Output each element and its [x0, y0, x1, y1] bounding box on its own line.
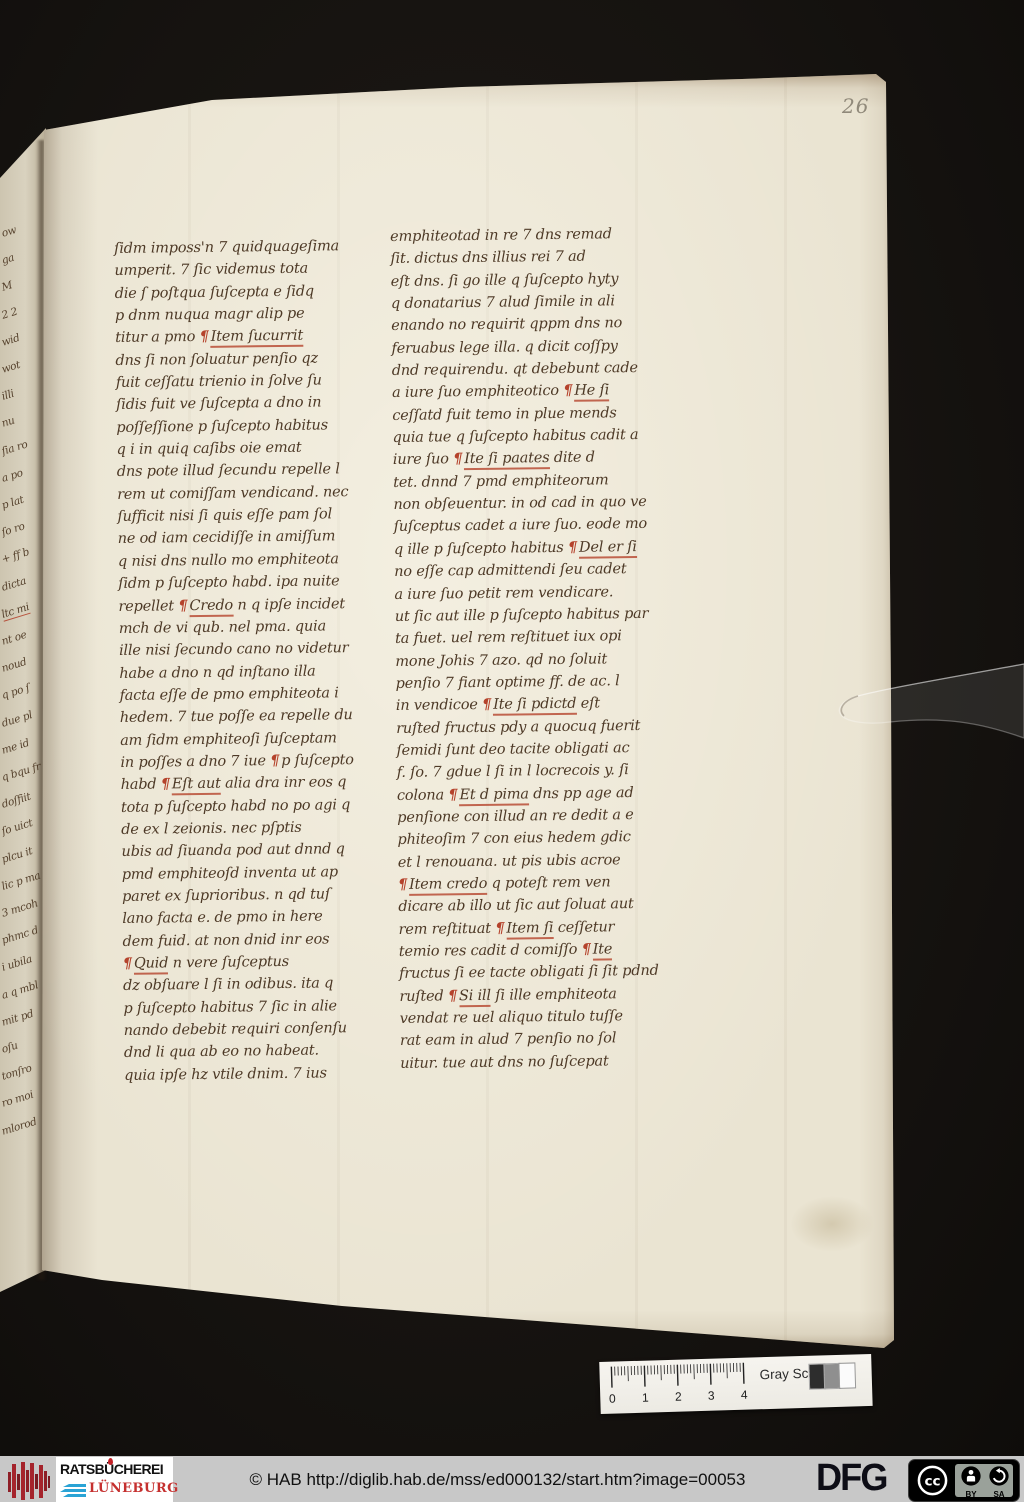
line-text: ſidis fuit ve ſuſcepta a dno in: [116, 395, 321, 414]
manuscript-line: ſit. dictus dns illius rei 7 ad: [390, 245, 662, 271]
margin-fragment: ſo uict: [0, 817, 34, 838]
line-text: ſuſceptus cadet a iure ſuo. eode mo: [394, 516, 648, 535]
margin-fragment: noud: [0, 656, 28, 675]
manuscript-line: habe a dno n qd inſtano illa: [119, 660, 351, 685]
manuscript-page: 26 ſidm imposs'n 7 quidquageſimaumperit.…: [42, 74, 895, 1348]
manuscript-line: q ille p ſuſcepto habitus ¶Del er ſi: [394, 535, 666, 561]
margin-fragment: mit pd: [0, 1008, 35, 1029]
page-clip-icon: [828, 652, 1024, 762]
line-text: Ite ſi pdictd: [493, 696, 576, 716]
margin-fragment: q po ſ: [0, 682, 31, 702]
by-label: BY: [958, 1490, 984, 1499]
line-text: dnd requirendu. qt debebunt cade: [392, 360, 638, 379]
line-text: ille nisi ſecundo cano no videtur: [119, 640, 349, 659]
line-text: n q ipſe incidet: [233, 596, 345, 613]
manuscript-line: penſione con illud an re dedit a e: [397, 804, 669, 830]
manuscript-line: p ſuſcepto habitus 7 ſic in alie: [123, 995, 355, 1020]
manuscript-line: am ſidm emphiteoſi ſuſceptam: [120, 727, 352, 752]
line-text: p ſuſcepto: [281, 752, 354, 769]
manuscript-line: rem reſtituat ¶Item ſi ceſſetur: [398, 915, 670, 941]
line-text: rem reſtituat: [398, 920, 495, 937]
line-text: quia tue q ſuſcepto habitus cadit a: [392, 427, 638, 446]
margin-fragment: doſfiit: [0, 791, 32, 811]
manuscript-line: ille nisi ſecundo cano no videtur: [119, 637, 351, 662]
manuscript-line: poſſeſſione p ſuſcepto habitus: [116, 414, 348, 439]
logo-red-drop-icon: [108, 1458, 113, 1465]
line-text: tet. dnnd 7 pmd emphiteorum: [393, 472, 609, 491]
line-text: penſione con illud an re dedit a e: [397, 807, 634, 826]
manuscript-line: titur a pmo ¶Item ſucurrit: [115, 325, 347, 350]
manuscript-line: dem fuid. at non dnid inr eos: [122, 928, 354, 953]
line-text: ubis ad ſiuanda pod aut dnnd q: [121, 842, 344, 861]
line-text: die ſ poſtqua ſuſcepta e ſidq: [115, 283, 314, 301]
margin-fragment: M: [0, 280, 14, 295]
margin-fragment: me id: [0, 737, 30, 757]
manuscript-line: uitur. tue aut dns no ſuſcepat: [400, 1049, 672, 1075]
line-text: Ite ſi paates: [464, 451, 549, 471]
manuscript-line: penſio 7 fiant optime ff. de ac. l: [395, 670, 667, 696]
line-text: habe a dno n qd inſtano illa: [119, 663, 315, 681]
manuscript-line: iure ſuo ¶Ite ſi paates dite d: [393, 446, 665, 472]
library-logo: RATSBÜCHEREI LÜNEBURG: [56, 1457, 173, 1502]
line-text: f. ſo. 7 gdue l ſi in l locrecois y. ſi: [397, 762, 629, 781]
line-text: ut ſic aut ille p ſuſcepto habitus par: [395, 606, 649, 625]
line-text: pmd emphiteoſd inventa ut ap: [122, 864, 338, 883]
margin-fragment: mlorod: [0, 1115, 38, 1137]
gray-patch-mid: [824, 1364, 840, 1388]
line-text: ſemidi ſunt deo tacite obligati ac: [396, 740, 629, 759]
line-text: q donatarius 7 alud ſimile in ali: [391, 293, 615, 312]
manuscript-line: mch de vi qub. nel pma. quia: [119, 615, 351, 640]
line-text: enando no requirit qppm dns no: [391, 316, 622, 335]
margin-fragment: i ubila: [0, 954, 33, 975]
cc-icon: cc: [916, 1464, 949, 1497]
margin-fragment: ſo ro: [0, 521, 26, 539]
manuscript-line: q donatarius 7 alud ſimile in ali: [391, 290, 663, 316]
line-text: Item credo: [409, 876, 487, 896]
line-text: ſidm imposs'n 7 quidquageſima: [114, 238, 339, 257]
sa-item: SA: [986, 1465, 1012, 1499]
margin-fragment: ltc mi: [0, 601, 31, 622]
margin-fragment: ow: [0, 224, 18, 240]
margin-fragment: a q mbl: [0, 979, 39, 1001]
line-text: eſt dns. ſi go ille q ſuſcepto hyty: [391, 271, 619, 290]
margin-fragment: p lat: [0, 494, 25, 512]
manuscript-line: a iure ſuo petit rem vendicare.: [394, 580, 666, 606]
manuscript-line: quia ipſe hz vtile dnim. 7 ius: [124, 1062, 356, 1087]
line-text: Del er ſi: [579, 539, 637, 559]
line-text: hedem. 7 tue poſſe ea repelle du: [120, 707, 353, 726]
manuscript-line: colona ¶Et d pima dns pp age ad: [397, 781, 669, 807]
margin-fragment: wid: [0, 332, 21, 349]
rubric-pilcrow: ¶: [453, 451, 464, 468]
manuscript-line: ſidis fuit ve ſuſcepta a dno in: [116, 392, 348, 417]
line-text: in vendicoe: [396, 697, 482, 714]
line-text: feruabus lege illa. q dicit coſſpy: [391, 338, 617, 357]
manuscript-line: hedem. 7 tue poſſe ea repelle du: [120, 704, 352, 729]
ruler-ticks: [599, 1357, 756, 1414]
line-text: fuit ceſſatu trienio in ſolve ſu: [116, 373, 322, 392]
line-text: dicare ab illo ut ſic aut ſoluat aut: [398, 896, 633, 915]
manuscript-line: nando debebit requiri conſenſu: [124, 1017, 356, 1042]
manuscript-line: ceſſatd fuit temo in plue mends: [392, 401, 664, 427]
cc-license-badge: cc BY SA: [908, 1459, 1020, 1502]
line-text: q ille p ſuſcepto habitus: [394, 540, 568, 558]
manuscript-line: dns ſi non ſoluatur penſio qz: [115, 347, 347, 372]
line-text: ta fuet. uel rem reſtituet iux opi: [395, 628, 622, 647]
line-text: umperit. 7 ſic videmus tota: [114, 261, 308, 279]
line-text: dite d: [549, 450, 595, 467]
line-text: poſſeſſione p ſuſcepto habitus: [116, 417, 328, 436]
line-text: Quid: [134, 955, 169, 974]
line-text: Eſt aut: [172, 776, 221, 796]
grayscale-ruler: 01234 Gray Scale: [599, 1354, 872, 1414]
manuscript-line: rat eam in alud 7 penſio no ſol: [400, 1027, 672, 1053]
margin-fragment: ſia ro: [0, 438, 29, 457]
library-city: LÜNEBURG: [89, 1481, 179, 1496]
margin-fragment: dicta: [0, 575, 27, 594]
margin-fragment: a po: [0, 467, 24, 485]
line-text: habd: [121, 777, 161, 793]
line-text: mone Johis 7 azo. qd no ſoluit: [395, 651, 607, 670]
line-text: q nisi dns nullo mo emphiteota: [118, 551, 339, 570]
rubric-pilcrow: ¶: [482, 696, 493, 713]
line-text: ruſted fructus pdy a quocuq fuerit: [396, 718, 640, 737]
line-text: fructus ſi ee tacte obligati ſi ſit pdnd: [399, 963, 659, 982]
manuscript-line: tet. dnnd 7 pmd emphiteorum: [393, 468, 665, 494]
line-text: Item ſi: [506, 920, 553, 940]
margin-fragment: phmc d: [0, 924, 39, 946]
line-text: emphiteotad in re 7 dns remad: [390, 226, 612, 245]
line-text: lano facta e. de pmo in here: [122, 909, 322, 927]
line-text: p ſuſcepto habitus 7 ſic in alie: [123, 998, 337, 1017]
manuscript-line: in poſſes a dno 7 iue ¶p ſuſcepto: [120, 749, 352, 774]
footer-bar: RATSBÜCHEREI LÜNEBURG © HAB http://digli…: [0, 1456, 1024, 1502]
manuscript-line: mone Johis 7 azo. qd no ſoluit: [395, 647, 667, 673]
line-text: n vere ſuſceptus: [168, 954, 289, 971]
margin-fragment: ga: [0, 252, 15, 267]
line-text: Item ſucurrit: [211, 328, 304, 348]
line-text: ne od iam cecidiſſe in amiſſum: [118, 529, 336, 548]
manuscript-line: facta eſſe de pmo emphiteota i: [119, 682, 351, 707]
line-text: in poſſes a dno 7 iue: [120, 753, 270, 771]
manuscript-line: die ſ poſtqua ſuſcepta e ſidq: [115, 280, 347, 305]
line-text: dnd li qua ab eo no habeat.: [124, 1043, 319, 1061]
line-text: dns ſi non ſoluatur penſio qz: [115, 350, 318, 368]
left-column: ſidm imposs'n 7 quidquageſimaumperit. 7 …: [114, 235, 356, 1087]
line-text: ſufficit nisi ſi quis eſſe pam ſol: [117, 506, 332, 525]
manuscript-line: umperit. 7 ſic videmus tota: [114, 258, 346, 283]
manuscript-line: dnd li qua ab eo no habeat.: [124, 1039, 356, 1064]
manuscript-line: dicare ab illo ut ſic aut ſoluat aut: [398, 893, 670, 919]
line-text: He ſi: [574, 383, 609, 402]
rubric-pilcrow: ¶: [270, 752, 281, 769]
line-text: alia dra inr eos q: [221, 774, 347, 792]
rubric-pilcrow: ¶: [123, 955, 134, 972]
line-text: vendat re uel aliquo titulo tuſſe: [400, 1008, 623, 1027]
margin-fragment: oſu: [0, 1040, 19, 1056]
manuscript-line: f. ſo. 7 gdue l ſi in l locrecois y. ſi: [397, 759, 669, 785]
line-text: ſi ille emphiteota: [491, 986, 617, 1004]
manuscript-line: et l renouana. ut pis ubis acroe: [398, 848, 670, 874]
manuscript-line: ¶Quid n vere ſuſceptus: [123, 950, 355, 975]
line-text: a iure ſuo emphiteotico: [392, 383, 563, 401]
line-text: iure ſuo: [393, 452, 454, 469]
margin-fragment: wot: [0, 359, 21, 376]
margin-fragment: plcu it: [0, 845, 34, 866]
line-text: titur a pmo: [115, 329, 200, 346]
page-number: 26: [842, 94, 869, 118]
manuscript-line: feruabus lege illa. q dicit coſſpy: [391, 334, 663, 360]
line-text: Si ill: [459, 988, 491, 1007]
manuscript-line: rem ut comiſſam vendicand. nec: [117, 481, 349, 506]
manuscript-line: a iure ſuo emphiteotico ¶He ſi: [392, 379, 664, 405]
manuscript-line: ut ſic aut ille p ſuſcepto habitus par: [395, 602, 667, 628]
rubric-pilcrow: ¶: [161, 776, 172, 793]
manuscript-line: phiteoſim 7 con eius hedem gdic: [397, 826, 669, 852]
line-text: tota p ſuſcepto habd no po agi q: [121, 797, 350, 816]
manuscript-line: in vendicoe ¶Ite ſi pdictd eſt: [396, 692, 668, 718]
line-text: Credo: [189, 597, 233, 617]
dfg-logo: DFG: [816, 1458, 887, 1498]
manuscript-line: habd ¶Eſt aut alia dra inr eos q: [121, 771, 353, 796]
manuscript-line: p dnm nuqua magr alip pe: [115, 302, 347, 327]
manuscript-line: ¶Item credo q poteſt rem ven: [398, 871, 670, 897]
line-text: am ſidm emphiteoſi ſuſceptam: [120, 730, 337, 749]
line-text: q poteſt rem ven: [487, 874, 610, 892]
scan-stage: owgaM2 2widwotillinuſia roa pop latſo ro…: [0, 0, 1024, 1502]
sa-label: SA: [986, 1490, 1012, 1499]
copyright-url: © HAB http://diglib.hab.de/mss/ed000132/…: [185, 1470, 810, 1490]
margin-fragment: tonſro: [0, 1062, 33, 1082]
line-text: eſt: [576, 696, 600, 712]
manuscript-line: tota p ſuſcepto habd no po agi q: [121, 794, 353, 819]
ruler-tick-label: 0: [605, 1391, 619, 1405]
manuscript-line: ruſted ¶Si ill ſi ille emphiteota: [399, 982, 671, 1008]
gray-patch-dark: [809, 1364, 825, 1388]
manuscript-line: vendat re uel aliquo titulo tuſſe: [400, 1005, 672, 1031]
line-text: de ex l zeionis. nec pſptis: [121, 820, 302, 838]
sa-icon: [988, 1465, 1010, 1487]
rubric-pilcrow: ¶: [200, 328, 211, 345]
manuscript-line: q nisi dns nullo mo emphiteota: [118, 548, 350, 573]
line-text: nando debebit requiri conſenſu: [124, 1020, 347, 1039]
line-text: mch de vi qub. nel pma. quia: [119, 618, 326, 637]
line-text: Et d pima: [459, 786, 529, 806]
manuscript-line: ſidm p ſuſcepto habd. ipa nuite: [118, 570, 350, 595]
manuscript-line: emphiteotad in re 7 dns remad: [390, 223, 662, 249]
rubric-pilcrow: ¶: [398, 876, 409, 893]
rubric-pilcrow: ¶: [582, 941, 593, 958]
rubric-pilcrow: ¶: [568, 539, 579, 556]
line-text: phiteoſim 7 con eius hedem gdic: [397, 829, 630, 848]
margin-fragment: + ff b: [0, 546, 30, 566]
manuscript-line: dns pote illud ſecundu repelle l: [117, 459, 349, 484]
line-text: et l renouana. ut pis ubis acroe: [398, 852, 621, 871]
line-text: ceſſatd fuit temo in plue mends: [392, 405, 616, 424]
ruler-tick-label: 3: [704, 1388, 718, 1402]
line-text: ſit. dictus dns illius rei 7 ad: [390, 249, 585, 267]
margin-fragment: ro moi: [0, 1089, 35, 1110]
manuscript-line: ubis ad ſiuanda pod aut dnnd q: [121, 838, 353, 863]
rubric-pilcrow: ¶: [178, 597, 189, 614]
line-text: ceſſetur: [553, 919, 614, 936]
manuscript-line: ruſted fructus pdy a quocuq fuerit: [396, 714, 668, 740]
manuscript-line: no eſſe cap admittendi ſeu cadet: [394, 558, 666, 584]
line-text: q i in quiq caſibs oie emat: [116, 440, 301, 458]
line-text: quia ipſe hz vtile dnim. 7 ius: [124, 1065, 327, 1083]
line-text: repellet: [118, 598, 178, 615]
line-text: colona: [397, 787, 449, 804]
manuscript-line: repellet ¶Credo n q ipſe incidet: [118, 593, 350, 618]
gray-patch-white: [839, 1363, 855, 1387]
cc-panel: BY SA: [955, 1464, 1013, 1497]
line-text: Ite: [593, 941, 613, 960]
ruler-tick-label: 2: [671, 1389, 685, 1403]
manuscript-line: fuit ceſſatu trienio in ſolve ſu: [116, 369, 348, 394]
line-text: no eſſe cap admittendi ſeu cadet: [394, 561, 626, 580]
line-text: dem fuid. at non dnid inr eos: [122, 931, 329, 950]
manuscript-line: ſuſceptus cadet a iure ſuo. eode mo: [394, 513, 666, 539]
manuscript-line: eſt dns. ſi go ille q ſuſcepto hyty: [391, 267, 663, 293]
margin-fragment: 2 2: [0, 305, 19, 321]
line-text: dns pp age ad: [529, 785, 634, 802]
manuscript-line: de ex l zeionis. nec pſptis: [121, 816, 353, 841]
ruler-tick-label: 4: [737, 1388, 751, 1402]
manuscript-line: non obſeuentur. in od cad in quo ve: [393, 491, 665, 517]
line-text: uitur. tue aut dns no ſuſcepat: [400, 1053, 609, 1072]
manuscript-line: paret ex ſuprioribus. n qd tuſ: [122, 883, 354, 908]
manuscript-line: dnd requirendu. qt debebunt cade: [392, 357, 664, 383]
margin-fragment: illi: [0, 388, 15, 403]
manuscript-line: ſidm imposs'n 7 quidquageſima: [114, 235, 346, 260]
manuscript-line: ſufficit nisi ſi quis eſſe pam ſol: [117, 503, 349, 528]
line-text: rem ut comiſſam vendicand. nec: [117, 484, 348, 503]
manuscript-line: q i in quiq caſibs oie emat: [116, 436, 348, 461]
by-icon: [960, 1465, 982, 1487]
line-text: dz obſuare l ſi in odibus. ita q: [123, 976, 333, 995]
library-bars-icon: [8, 1462, 50, 1500]
manuscript-line: dz obſuare l ſi in odibus. ita q: [123, 972, 355, 997]
line-text: ſidm p ſuſcepto habd. ipa nuite: [118, 573, 339, 592]
margin-fragment: due pl: [0, 709, 33, 730]
line-text: ruſted: [399, 988, 448, 1005]
ruler-tick-label: 1: [638, 1390, 652, 1404]
manuscript-line: ne od iam cecidiſſe in amiſſum: [118, 526, 350, 551]
svg-text:cc: cc: [924, 1473, 940, 1489]
margin-fragment: nt oe: [0, 629, 28, 648]
line-text: non obſeuentur. in od cad in quo ve: [393, 494, 646, 513]
by-item: BY: [958, 1465, 984, 1499]
right-column: emphiteotad in re 7 dns remadſit. dictus…: [390, 223, 672, 1075]
rubric-pilcrow: ¶: [448, 786, 459, 803]
manuscript-line: pmd emphiteoſd inventa ut ap: [122, 861, 354, 886]
line-text: paret ex ſuprioribus. n qd tuſ: [122, 886, 330, 905]
manuscript-line: enando no requirit qppm dns no: [391, 312, 663, 338]
manuscript-line: fructus ſi ee tacte obligati ſi ſit pdnd: [399, 960, 671, 986]
margin-fragment: nu: [0, 415, 16, 430]
rubric-pilcrow: ¶: [563, 382, 574, 399]
waves-icon: [59, 1482, 87, 1499]
manuscript-line: quia tue q ſuſcepto habitus cadit a: [392, 424, 664, 450]
line-text: temio res cadit d comiſſo: [399, 942, 582, 960]
page-clip: [828, 652, 1024, 762]
line-text: a iure ſuo petit rem vendicare.: [394, 584, 613, 603]
line-text: dns pote illud ſecundu repelle l: [117, 462, 340, 481]
rubric-pilcrow: ¶: [495, 919, 506, 936]
margin-fragment: 3 mcoh: [0, 897, 39, 919]
manuscript-line: temio res cadit d comiſſo ¶Ite: [399, 938, 671, 964]
line-text: p dnm nuqua magr alip pe: [115, 306, 305, 324]
line-text: penſio 7 fiant optime ff. de ac. l: [395, 673, 619, 692]
manuscript-line: lano facta e. de pmo in here: [122, 905, 354, 930]
line-text: facta eſſe de pmo emphiteota i: [119, 685, 338, 704]
rubric-pilcrow: ¶: [448, 987, 459, 1004]
line-text: rat eam in alud 7 penſio no ſol: [400, 1031, 616, 1050]
manuscript-line: ta fuet. uel rem reſtituet iux opi: [395, 625, 667, 651]
manuscript-line: ſemidi ſunt deo tacite obligati ac: [396, 737, 668, 763]
